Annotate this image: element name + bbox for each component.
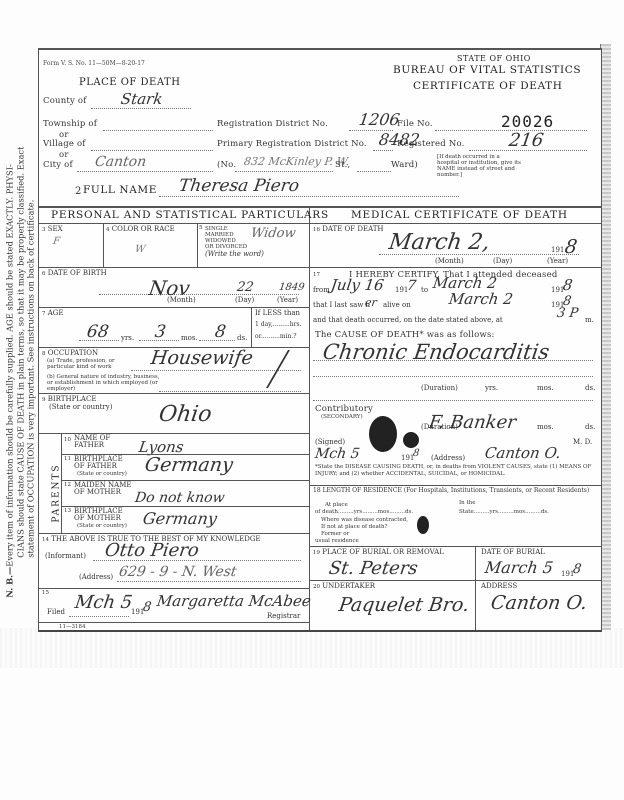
informant-address-value: 629 - 9 - N. West xyxy=(118,564,238,580)
signed-label: (Signed) xyxy=(315,438,345,446)
field-number: 15 xyxy=(42,590,49,596)
nb-line3: statement of OCCUPATION is very importan… xyxy=(25,58,36,598)
father-birthplace-hint: (State or country) xyxy=(77,471,127,477)
m-label: m. xyxy=(585,316,594,324)
city-value: Canton xyxy=(94,154,147,170)
occupation-b-label: (b) General nature of industry, business… xyxy=(47,374,163,392)
attended-to-year: 8 xyxy=(562,276,574,294)
age-months: 3 xyxy=(154,322,168,342)
birthplace-label: BIRTHPLACE xyxy=(48,395,97,403)
attended-from-value: July 16 xyxy=(330,276,385,294)
signed-year: 8 xyxy=(412,448,420,459)
mos-label: mos. xyxy=(537,423,554,431)
ds-label: ds. xyxy=(585,423,595,431)
mother-birthplace-label: BIRTHPLACE OF MOTHER xyxy=(74,508,134,522)
ward-label: Ward) xyxy=(391,160,418,170)
undertaker-address-value: Canton O. xyxy=(489,592,588,614)
field-number: 18 xyxy=(313,487,321,494)
field-number: 7 xyxy=(42,311,46,317)
registration-district-label: Registration District No. xyxy=(217,119,328,129)
undertaker-label: UNDERTAKER xyxy=(322,582,375,590)
year-caption: (Year) xyxy=(277,296,298,304)
registered-no-label: Registered No. xyxy=(397,139,465,149)
father-label: NAME OF FATHER xyxy=(74,435,122,449)
dod-year-prefix: 191 xyxy=(551,246,564,254)
ds-label: ds. xyxy=(585,384,595,392)
color-value: W xyxy=(134,244,146,255)
nb-line2: CIANS should state CAUSE OF DEATH in pla… xyxy=(15,58,26,598)
county-value: Stark xyxy=(120,90,164,108)
field-number: 20 xyxy=(313,584,320,590)
full-name-label: FULL NAME xyxy=(83,184,157,196)
field-number: 19 xyxy=(313,550,320,556)
md-label: M. D. xyxy=(573,438,592,446)
state-line-label: State.........yrs.........mos.........ds… xyxy=(459,509,549,515)
field-number: 12 xyxy=(64,482,71,488)
attended-from-year: 7 xyxy=(406,278,417,294)
burial-place-label: PLACE OF BURIAL OR REMOVAL xyxy=(322,548,444,556)
last-saw-value: er xyxy=(364,296,378,309)
registrar-signature: Margaretta McAbee xyxy=(156,592,312,610)
signed-date: Mch 5 xyxy=(314,446,361,462)
filed-label: Filed xyxy=(47,608,65,616)
personal-particulars-heading: PERSONAL AND STATISTICAL PARTICULARS xyxy=(51,209,329,221)
month-caption: (Month) xyxy=(167,296,196,304)
father-birthplace-label: BIRTHPLACE OF FATHER xyxy=(74,456,134,470)
alive-on-label: alive on xyxy=(383,301,411,309)
death-certificate-page: N. B.—Every item of information should b… xyxy=(0,0,624,800)
parents-label: PARENTS xyxy=(52,463,62,522)
field-number: 8 xyxy=(42,351,46,357)
burial-year: 8 xyxy=(572,562,582,577)
ink-blot xyxy=(369,416,397,452)
city-label: City of xyxy=(43,160,73,170)
scan-noise xyxy=(0,628,624,668)
township-label: Township of xyxy=(43,119,97,129)
occupation-value: Housewife xyxy=(149,347,254,369)
time-of-death-value: 3 P xyxy=(556,306,579,321)
mother-label: MAIDEN NAME OF MOTHER xyxy=(74,482,134,496)
street-no-label: (No. xyxy=(217,160,236,170)
yrs-label: yrs. xyxy=(121,334,134,342)
day-caption: (Day) xyxy=(493,257,512,265)
age-label: AGE xyxy=(48,309,64,317)
bureau-title: BUREAU OF VITAL STATISTICS xyxy=(393,64,581,76)
age-years: 68 xyxy=(86,322,110,342)
informant-value: Otto Piero xyxy=(104,540,201,561)
or-text: or xyxy=(59,150,69,160)
footer-code: 11—3184 xyxy=(59,624,86,630)
field-number: 3 xyxy=(42,227,46,233)
undertaker-address-label: ADDRESS xyxy=(481,582,517,590)
medical-certificate-heading: MEDICAL CERTIFICATE OF DEATH xyxy=(351,209,568,221)
burial-place-value: St. Peters xyxy=(328,558,420,579)
birthplace-hint: (State or country) xyxy=(49,403,112,411)
nb-line1: Every item of information should be care… xyxy=(4,164,14,567)
burial-date-value: March 5 xyxy=(484,558,555,577)
mother-birthplace-value: Germany xyxy=(142,509,219,528)
last-saw-label: that I last saw h xyxy=(313,301,370,309)
full-name-value: Theresa Piero xyxy=(178,176,301,196)
death-occurred-text: and that death occurred, on the date sta… xyxy=(313,316,503,324)
field-number: 11 xyxy=(64,456,71,462)
cause-of-death-value: Chronic Endocarditis xyxy=(321,340,551,364)
burial-date-label: DATE OF BURIAL xyxy=(481,548,545,556)
duration-label: (Duration) xyxy=(421,384,458,392)
dob-year: 1849 xyxy=(278,282,305,293)
field-number: 2 xyxy=(75,186,82,197)
of-death-label: of death.........yrs.........mos........… xyxy=(315,509,413,515)
former-label: Former or xyxy=(321,531,349,537)
yrs-label: yrs. xyxy=(485,384,498,392)
contributory-label: Contributory xyxy=(315,404,373,414)
disease-where-label: Where was disease contracted, xyxy=(321,517,408,523)
nb-prefix: N. B.— xyxy=(4,567,14,598)
field-number: 13 xyxy=(64,508,71,514)
undertaker-value: Paquelet Bro. xyxy=(337,594,470,616)
date-of-death-value: March 2, xyxy=(387,230,491,255)
ds-label: ds. xyxy=(237,334,247,342)
state-label: STATE OF OHIO xyxy=(457,54,531,63)
cause-of-death-label: The CAUSE OF DEATH* was as follows: xyxy=(315,330,495,340)
in-the-label: In the xyxy=(459,500,475,506)
birthplace-value: Ohio xyxy=(157,402,213,427)
age-days: 8 xyxy=(214,322,228,342)
filed-year: 8 xyxy=(142,600,152,615)
field-number: 16 xyxy=(313,227,320,233)
occupation-a-label: (a) Trade, profession, or particular kin… xyxy=(47,358,141,370)
ink-blot xyxy=(403,432,419,448)
at-place-label: At place xyxy=(325,502,348,508)
father-birthplace-value: Germany xyxy=(143,454,234,476)
residence-label: LENGTH OF RESIDENCE (For Hospitals, Inst… xyxy=(323,487,590,494)
usual-residence-label: usual residence xyxy=(315,538,359,544)
pen-mark xyxy=(266,350,320,388)
year-caption: (Year) xyxy=(547,257,568,265)
village-label: Village of xyxy=(43,139,86,149)
st-label: St., xyxy=(335,160,350,170)
county-label: County of xyxy=(43,96,87,106)
informant-address-label: (Address) xyxy=(79,573,113,581)
primary-registration-label: Primary Registration District No. xyxy=(217,139,367,149)
informant-label: (Informant) xyxy=(45,552,86,560)
form-number: Form V. S. No. 11—50M—8-20-17 xyxy=(43,60,145,67)
certificate-form: Form V. S. No. 11—50M—8-20-17 STATE OF O… xyxy=(38,48,602,632)
mos-label: mos. xyxy=(181,334,198,342)
place-of-death-heading: PLACE OF DEATH xyxy=(79,77,180,88)
alive-on-value: March 2 xyxy=(448,290,514,308)
registrar-label: Registrar xyxy=(267,612,300,620)
field-number: 6 xyxy=(42,271,46,277)
file-no-value: 20026 xyxy=(501,112,554,131)
field-number: 9 xyxy=(42,397,46,403)
date-of-death-label: DATE OF DEATH xyxy=(322,225,383,233)
registration-district-value: 1206 xyxy=(358,110,401,129)
registered-no-value: 216 xyxy=(508,130,545,151)
sex-label: SEX xyxy=(48,225,63,233)
one-day-label: 1 day,.........hrs. xyxy=(255,321,302,328)
color-label: COLOR OR RACE xyxy=(112,225,175,233)
hospital-note: [If death occurred in a hospital or inst… xyxy=(437,154,523,178)
day-caption: (Day) xyxy=(235,296,254,304)
mother-value: Do not know xyxy=(134,490,226,506)
field-number: 5 xyxy=(199,225,203,231)
to-label: to xyxy=(421,286,428,294)
physician-address-value: Canton O. xyxy=(484,444,562,462)
dob-day: 22 xyxy=(236,280,255,295)
if-not-label: If not at place of death? xyxy=(321,524,388,530)
secondary-label: (SECONDARY) xyxy=(321,414,363,420)
physician-signature: F. Banker xyxy=(428,412,518,433)
field-number: 4 xyxy=(106,227,110,233)
certificate-title: CERTIFICATE OF DEATH xyxy=(413,80,563,92)
marital-hint: (Write the word) xyxy=(205,250,264,258)
field-number: 10 xyxy=(64,437,71,443)
occupation-label: OCCUPATION xyxy=(48,349,98,357)
mother-birthplace-hint: (State or country) xyxy=(77,523,127,529)
marital-value: Widow xyxy=(250,226,297,241)
less-than-label: If LESS than xyxy=(255,309,300,317)
or-min-label: or..........min.? xyxy=(255,333,297,340)
dob-label: DATE OF BIRTH xyxy=(48,269,107,277)
side-instructions: N. B.—Every item of information should b… xyxy=(2,60,38,600)
month-caption: (Month) xyxy=(435,257,464,265)
sex-value: F xyxy=(52,236,60,247)
field-number: 17 xyxy=(313,272,320,278)
field-number: 14 xyxy=(42,537,49,543)
file-no-label: File No. xyxy=(397,119,433,129)
cause-footnote: *State the DISEASE CAUSING DEATH, or, in… xyxy=(315,464,597,478)
physician-address-label: (Address) xyxy=(431,454,465,462)
from-label: from xyxy=(313,286,330,294)
filed-value: Mch 5 xyxy=(74,592,134,613)
ink-blot xyxy=(417,516,429,534)
mos-label: mos. xyxy=(537,384,554,392)
